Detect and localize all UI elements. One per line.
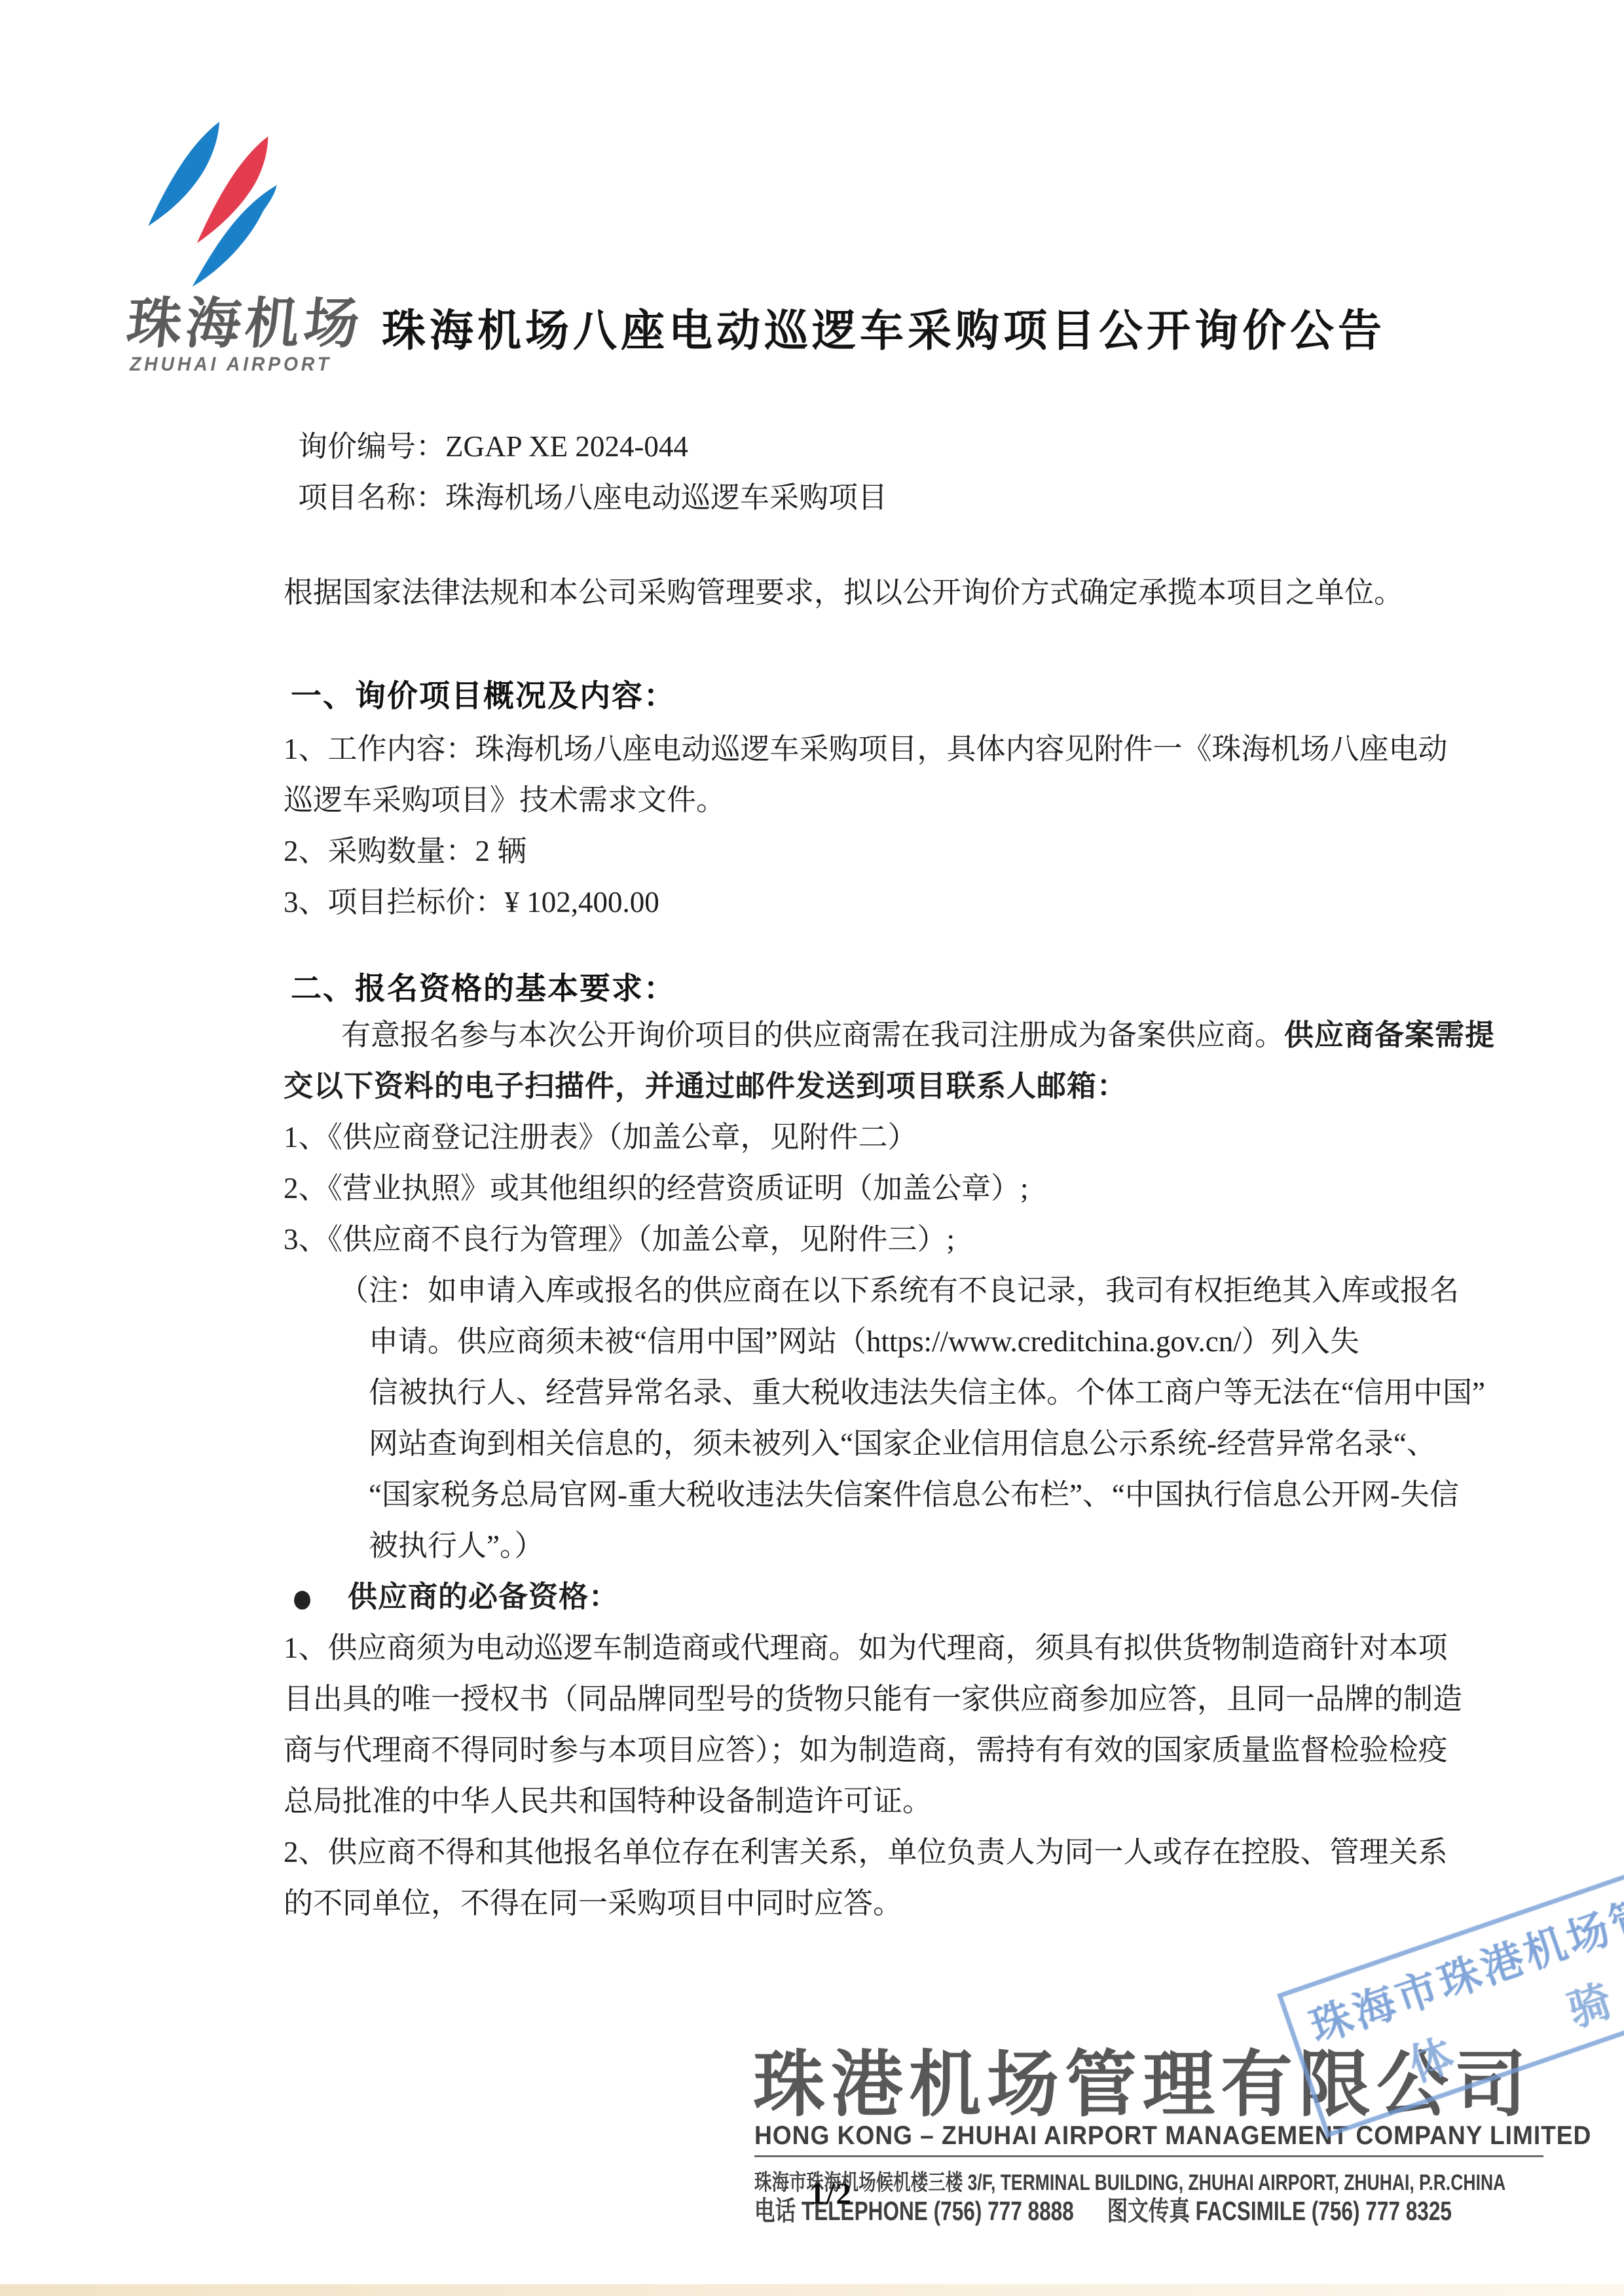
text-run: 1、供应商须为电动巡逻车制造商或代理商。如为代理商，须具有拟供货物制造商针对本项 [284,1631,1448,1664]
section-2-heading: 二、报名资格的基本要求： [291,964,676,1008]
text-run: 3、项目拦标价：¥ 102,400.00 [284,886,659,919]
intro-paragraph: 根据国家法律法规和本公司采购管理要求，拟以公开询价方式确定承揽本项目之单位。 [284,568,1403,611]
scan-edge-artifact [0,2284,1624,2296]
text-line: 总局批准的中华人民共和国特种设备制造许可证。 [284,1782,932,1820]
text-run: 有意报名参与本次公开询价项目的供应商需在我司注册成为备案供应商。 [341,1019,1284,1051]
text-run: 申请。供应商须未被“信用中国”网站（https://www.creditchin… [369,1325,1359,1358]
text-run: 被执行人”。） [369,1529,544,1562]
text-line: 1、供应商须为电动巡逻车制造商或代理商。如为代理商，须具有拟供货物制造商针对本项 [284,1629,1448,1667]
text-run: 交以下资料的电子扫描件，并通过邮件发送到项目联系人邮箱： [284,1069,1127,1102]
inquiry-number-label: 询价编号： [298,430,445,463]
text-run: 巡逻车采购项目》技术需求文件。 [284,784,726,816]
text-run: 3、《供应商不良行为管理》（加盖公章，见附件三）; [284,1223,955,1256]
project-name-line: 项目名称：珠海机场八座电动巡逻车采购项目 [298,473,887,516]
text-line: 3、《供应商不良行为管理》（加盖公章，见附件三）; [284,1220,955,1258]
text-line: 巡逻车采购项目》技术需求文件。 [284,781,726,819]
text-run: 目出具的唯一授权书（同品牌同型号的货物只能有一家供应商参加应答，且同一品牌的制造 [284,1683,1462,1715]
text-line: 的不同单位，不得在同一采购项目中同时应答。 [284,1884,902,1922]
text-line: 2、供应商不得和其他报名单位存在利害关系，单位负责人为同一人或存在控股、管理关系 [284,1833,1448,1871]
text-run: 2、采购数量：2 辆 [284,835,526,867]
text-line: 2、采购数量：2 辆 [284,832,526,870]
text-line: “国家税务总局官网-重大税收违法失信案件信息公布栏”、“中国执行信息公开网-失信 [369,1476,1459,1514]
footer-company-name-en: HONG KONG – ZHUHAI AIRPORT MANAGEMENT CO… [754,2121,1591,2151]
text-run: 1、工作内容：珠海机场八座电动巡逻车采购项目，具体内容见附件一《珠海机场八座电动 [284,733,1448,765]
text-line: （注：如申请入库或报名的供应商在以下系统有不良记录，我司有权拒绝其入库或报名 [339,1271,1459,1309]
text-line: ●供应商的必备资格： [291,1578,619,1617]
bullet-icon: ● [291,1576,314,1620]
text-run: 网站查询到相关信息的，须未被列入“国家企业信用信息公示系统-经营异常名录“、 [369,1427,1436,1460]
text-run: “国家税务总局官网-重大税收违法失信案件信息公布栏”、“中国执行信息公开网-失信 [369,1478,1459,1511]
text-run: 的不同单位，不得在同一采购项目中同时应答。 [284,1887,902,1920]
project-name-label: 项目名称： [298,481,445,514]
page-title: 珠海机场八座电动巡逻车采购项目公开询价公告 [382,296,1386,359]
text-run: 2、供应商不得和其他报名单位存在利害关系，单位负责人为同一人或存在控股、管理关系 [284,1836,1448,1868]
footer-facsimile: 图文传真 FACSIMILE (756) 777 8325 [1107,2196,1452,2226]
text-line: 有意报名参与本次公开询价项目的供应商需在我司注册成为备案供应商。供应商备案需提 [341,1016,1495,1054]
project-name-value: 珠海机场八座电动巡逻车采购项目 [445,481,887,514]
airport-logo-swoosh-icon [139,122,309,287]
text-line: 3、项目拦标价：¥ 102,400.00 [284,883,659,921]
text-line: 被执行人”。） [369,1527,544,1565]
logo-en-text: ZHUHAI AIRPORT [130,354,332,376]
inquiry-number-line: 询价编号：ZGAP XE 2024-044 [298,422,688,465]
text-run: 2、《营业执照》或其他组织的经营资质证明（加盖公章）; [284,1172,1029,1205]
text-line: 1、《供应商登记注册表》（加盖公章，见附件二） [284,1118,917,1156]
text-run: 供应商的必备资格： [348,1580,619,1613]
section-1-heading: 一、询价项目概况及内容： [291,672,676,716]
document-page: 珠海机场 ZHUHAI AIRPORT 珠海机场八座电动巡逻车采购项目公开询价公… [0,0,1624,2296]
text-line: 信被执行人、经营异常名录、重大税收违法失信主体。个体工商户等无法在“信用中国” [369,1374,1485,1412]
text-run: 商与代理商不得同时参与本项目应答）；如为制造商，需持有有效的国家质量监督检验检疫 [284,1734,1448,1766]
section-2-lines: 有意报名参与本次公开询价项目的供应商需在我司注册成为备案供应商。供应商备案需提交… [284,1016,1430,1952]
text-line: 2、《营业执照》或其他组织的经营资质证明（加盖公章）; [284,1169,1029,1207]
text-run: 供应商备案需提 [1284,1018,1495,1051]
footer-divider [754,2155,1543,2157]
text-line: 交以下资料的电子扫描件，并通过邮件发送到项目联系人邮箱： [284,1067,1127,1105]
text-run: 信被执行人、经营异常名录、重大税收违法失信主体。个体工商户等无法在“信用中国” [369,1376,1485,1409]
logo-cn-text: 珠海机场 [124,293,366,354]
footer-telephone: 电话 TELEPHONE (756) 777 8888 [754,2196,1074,2226]
text-line: 网站查询到相关信息的，须未被列入“国家企业信用信息公示系统-经营异常名录“、 [369,1425,1436,1463]
text-run: 总局批准的中华人民共和国特种设备制造许可证。 [284,1785,932,1817]
section-1-lines: 1、工作内容：珠海机场八座电动巡逻车采购项目，具体内容见附件一《珠海机场八座电动… [284,730,1430,946]
text-run: 1、《供应商登记注册表》（加盖公章，见附件二） [284,1121,917,1154]
footer-contact-line: 电话 TELEPHONE (756) 777 8888图文传真 FACSIMIL… [754,2189,1452,2228]
text-line: 1、工作内容：珠海机场八座电动巡逻车采购项目，具体内容见附件一《珠海机场八座电动 [284,730,1448,768]
text-run: （注：如申请入库或报名的供应商在以下系统有不良记录，我司有权拒绝其入库或报名 [339,1274,1459,1307]
text-line: 目出具的唯一授权书（同品牌同型号的货物只能有一家供应商参加应答，且同一品牌的制造 [284,1680,1462,1718]
inquiry-number-value: ZGAP XE 2024-044 [445,430,688,463]
text-line: 申请。供应商须未被“信用中国”网站（https://www.creditchin… [369,1322,1359,1360]
page-number: 1/2 [809,2176,853,2212]
text-line: 商与代理商不得同时参与本项目应答）；如为制造商，需持有有效的国家质量监督检验检疫 [284,1731,1448,1769]
